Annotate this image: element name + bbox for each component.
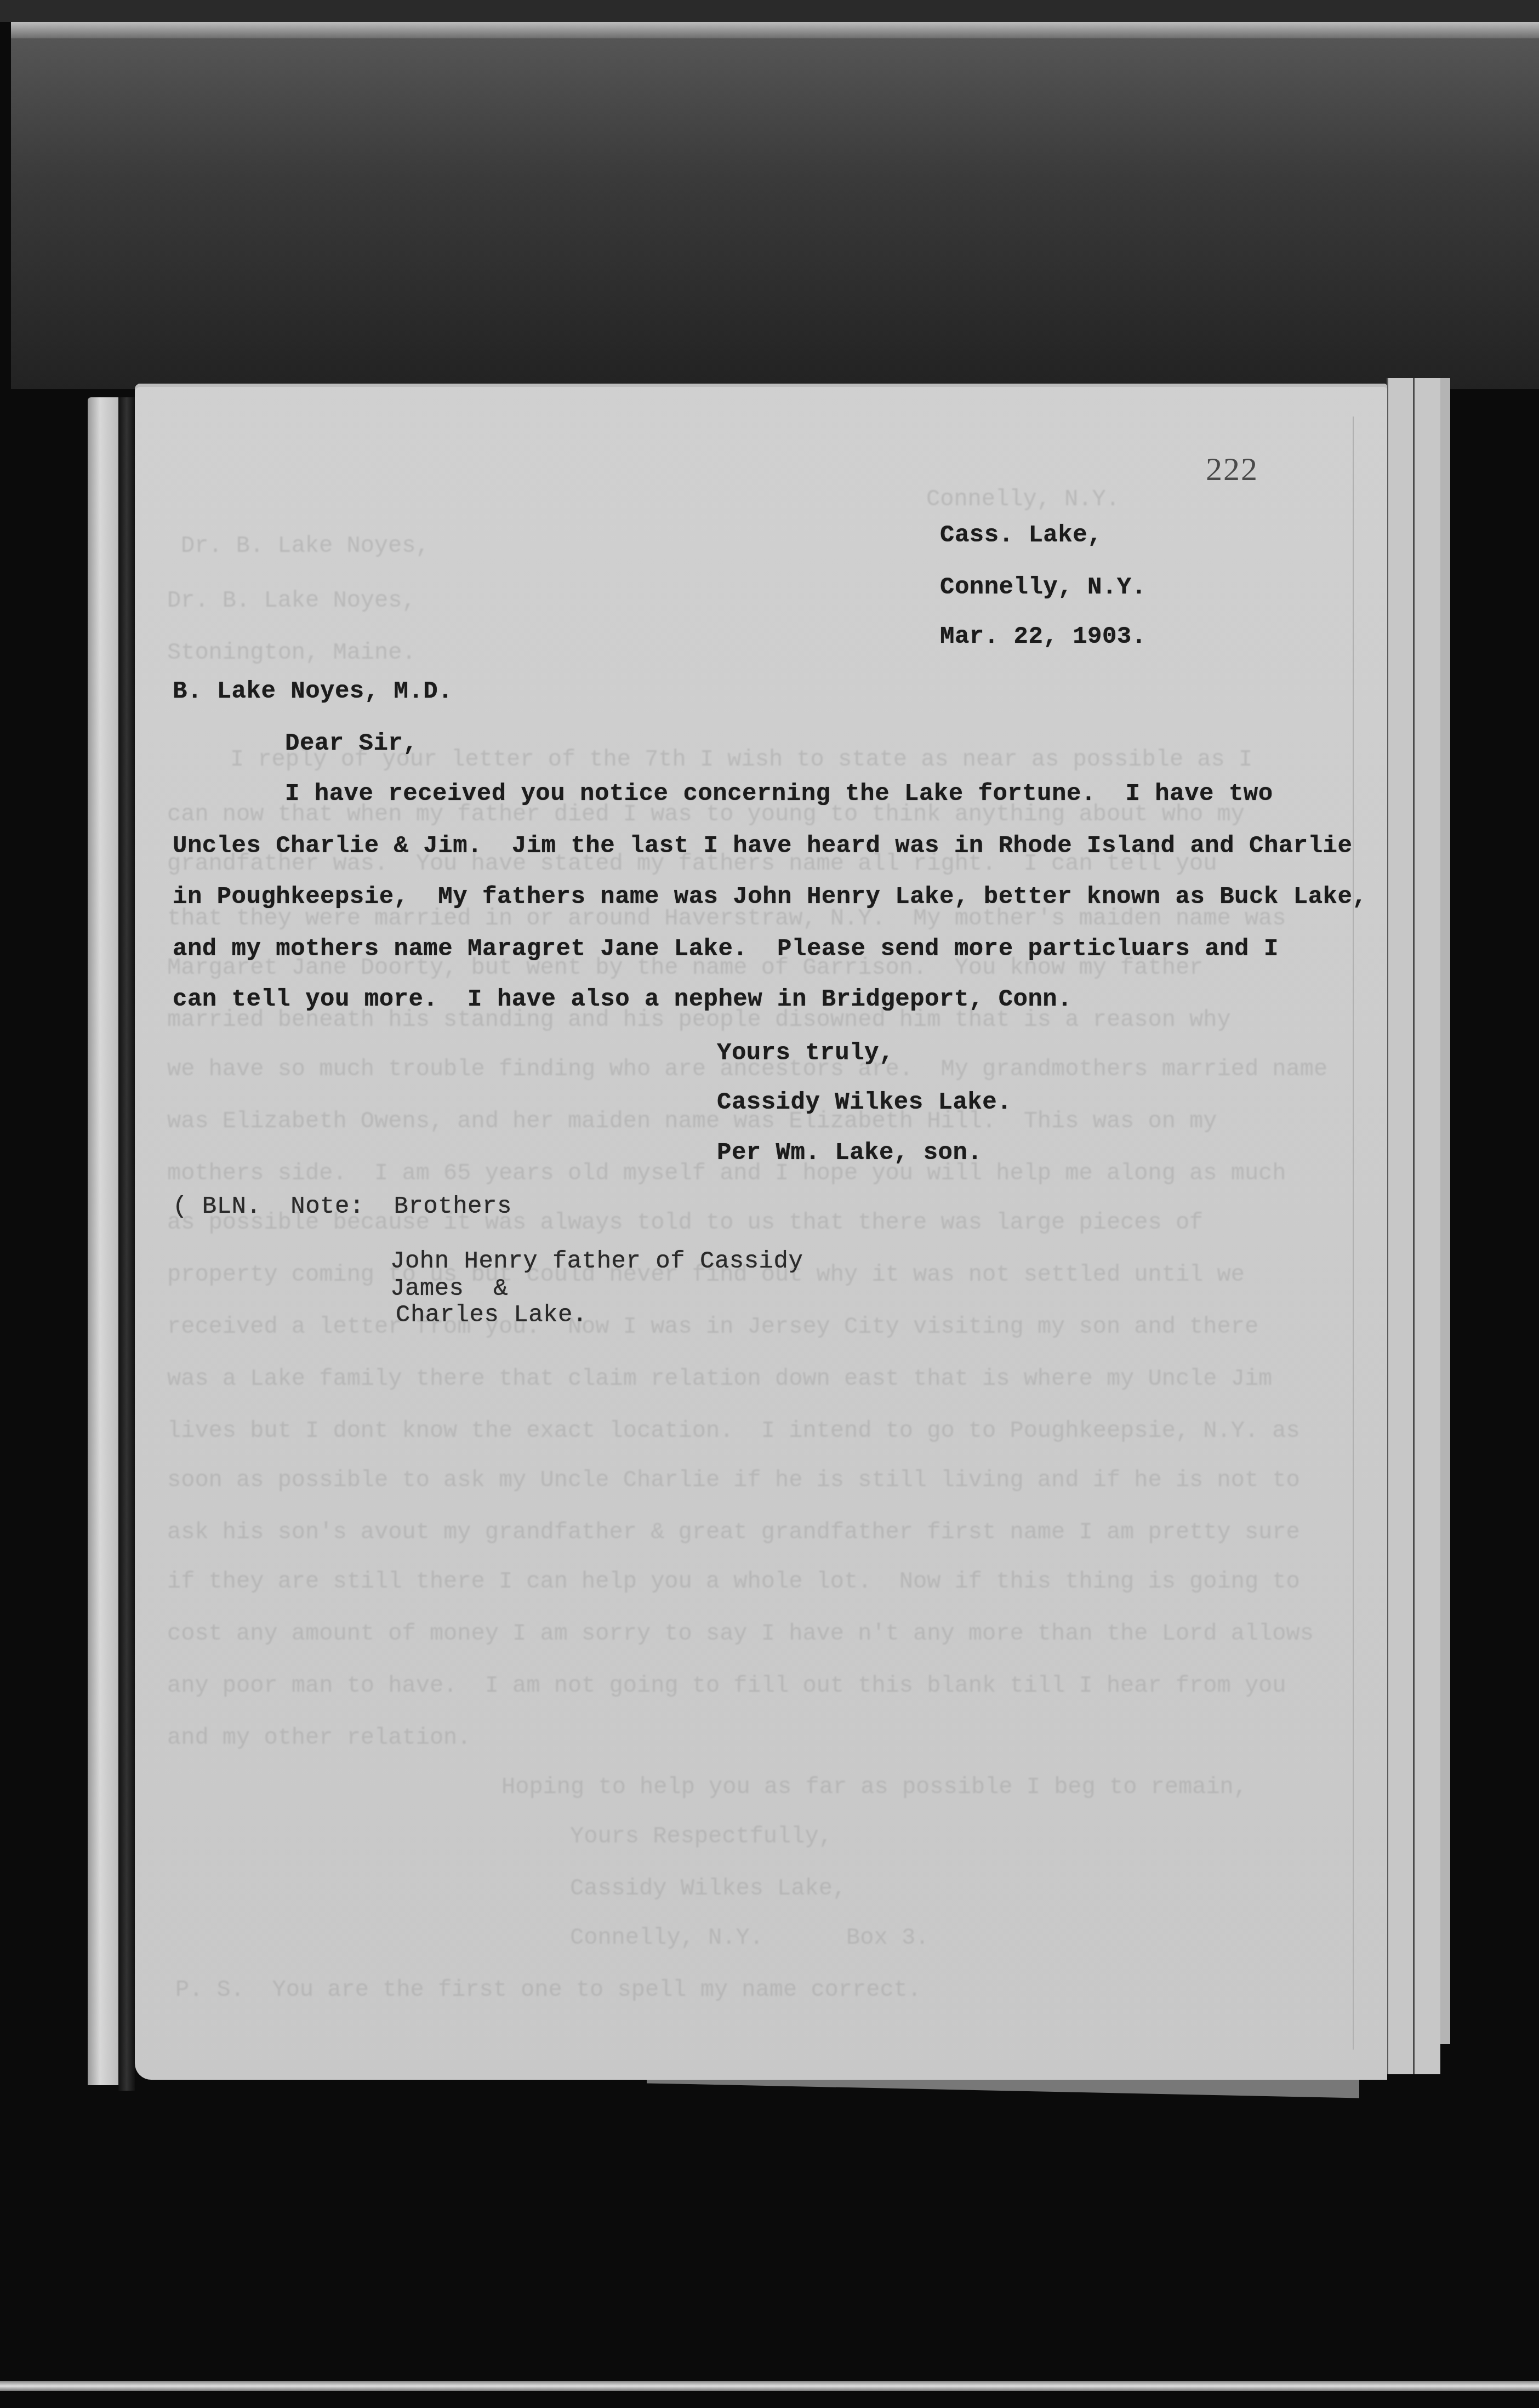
letter-date: Mar. 22, 1903. xyxy=(940,625,1147,649)
ghost-line: P. S. You are the first one to spell my … xyxy=(175,1978,921,2001)
ghost-line: Dr. B. Lake Noyes, xyxy=(167,589,416,612)
ghost-line: ask his son's avout my grandfather & gre… xyxy=(167,1521,1300,1544)
body-line: can tell you more. I have also a nephew … xyxy=(173,988,1072,1012)
page-number-stamp: 222 xyxy=(1206,450,1258,488)
ghost-line: was Elizabeth Owens, and her maiden name… xyxy=(167,1110,1217,1133)
ghost-line: lives but I dont know the exact location… xyxy=(167,1419,1300,1442)
ghost-line: Dr. B. Lake Noyes, xyxy=(181,534,430,557)
annotation-line: Charles Lake. xyxy=(396,1303,588,1327)
body-line: Uncles Charlie & Jim. Jim the last I hav… xyxy=(173,834,1352,858)
ghost-line: any poor man to have. I am not going to … xyxy=(167,1674,1286,1697)
ghost-line: if they are still there I can help you a… xyxy=(167,1570,1300,1593)
film-bottom-edge xyxy=(0,2381,1539,2391)
annotation-line: James & xyxy=(390,1277,508,1301)
ghost-line: received a letter from you. Now I was in… xyxy=(167,1315,1258,1338)
closing: Yours truly, xyxy=(717,1041,894,1065)
ghost-line: and my other relation. xyxy=(167,1726,471,1749)
ghost-line: was a Lake family there that claim relat… xyxy=(167,1367,1272,1390)
salutation: Dear Sir, xyxy=(285,732,418,756)
page-fold-line xyxy=(1353,416,1354,2050)
signed-by: Per Wm. Lake, son. xyxy=(717,1141,982,1165)
dark-backdrop xyxy=(11,38,1539,389)
ghost-line: Stonington, Maine. xyxy=(167,641,416,664)
ghost-line: soon as possible to ask my Uncle Charlie… xyxy=(167,1469,1300,1492)
body-line: in Poughkeepsie, My fathers name was Joh… xyxy=(173,885,1367,909)
film-edge-strip xyxy=(11,22,1539,38)
sender-place: Connelly, N.Y. xyxy=(940,575,1147,600)
annotation-label: ( BLN. Note: Brothers xyxy=(173,1195,512,1219)
body-line: I have received you notice concerning th… xyxy=(285,782,1273,806)
recipient: B. Lake Noyes, M.D. xyxy=(173,680,453,704)
ghost-line: Yours Respectfully, xyxy=(570,1825,833,1848)
film-top-border xyxy=(0,0,1539,22)
signature: Cassidy Wilkes Lake. xyxy=(717,1091,1012,1115)
page-stack-edge xyxy=(1413,378,1415,2074)
facing-page-edge xyxy=(88,397,118,2085)
sender-name: Cass. Lake, xyxy=(940,523,1102,547)
annotation-line: John Henry father of Cassidy xyxy=(390,1249,803,1274)
body-line: and my mothers name Maragret Jane Lake. … xyxy=(173,937,1279,961)
ghost-line: Cassidy Wilkes Lake, xyxy=(570,1877,846,1900)
ghost-line: Hoping to help you as far as possible I … xyxy=(501,1776,1247,1799)
ghost-line: Connelly, N.Y. xyxy=(926,488,1120,511)
book-gutter xyxy=(118,397,135,2091)
ghost-line: Connelly, N.Y. Box 3. xyxy=(570,1926,929,1949)
ghost-line: cost any amount of money I am sorry to s… xyxy=(167,1622,1314,1645)
